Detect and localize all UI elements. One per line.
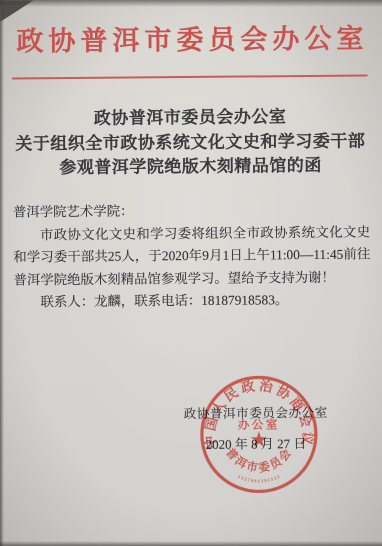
salutation: 普洱学院艺术学院： [13,198,370,224]
seal-serial-number: 5327001391532 [237,474,281,484]
official-seal: 中国人民政治协商会议 办公室 普洱市委员会 5327001391532 [195,371,322,498]
document-title-line3: 参观普洱学院绝版木刻精品馆的函 [5,153,375,181]
document-photo: 政协普洱市委员会办公室 政协普洱市委员会办公室 关于组织全市政协系统文化文史和学… [0,0,382,546]
seal-star-icon [251,431,267,447]
document-title-line2: 关于组织全市政协系统文化文史和学习委干部 [5,129,375,157]
letter-body: 普洱学院艺术学院： 市政协文化文史和学习委将组织全市政协系统文化文史和学习委干部… [13,198,371,314]
contact-line: 联系人：龙麟，联系电话：18187918583。 [14,288,371,314]
seal-center-text: 办公室 [238,417,280,431]
letterhead-org-name: 政协普洱市委员会办公室 [0,16,382,58]
document-title-line1: 政协普洱市委员会办公室 [5,104,375,132]
svg-text:5327001391532: 5327001391532 [237,474,281,484]
letterhead-divider [12,74,368,79]
document-title: 政协普洱市委员会办公室 关于组织全市政协系统文化文史和学习委干部 参观普洱学院绝… [5,104,376,181]
letter-page: 政协普洱市委员会办公室 政协普洱市委员会办公室 关于组织全市政协系统文化文史和学… [0,0,382,546]
body-paragraph: 市政协文化文史和学习委将组织全市政协系统文化文史和学习委干部共25人，于2020… [13,221,371,292]
svg-text:普洱市委员会: 普洱市委员会 [223,445,295,476]
seal-bottom-arc-text: 普洱市委员会 [223,445,295,476]
